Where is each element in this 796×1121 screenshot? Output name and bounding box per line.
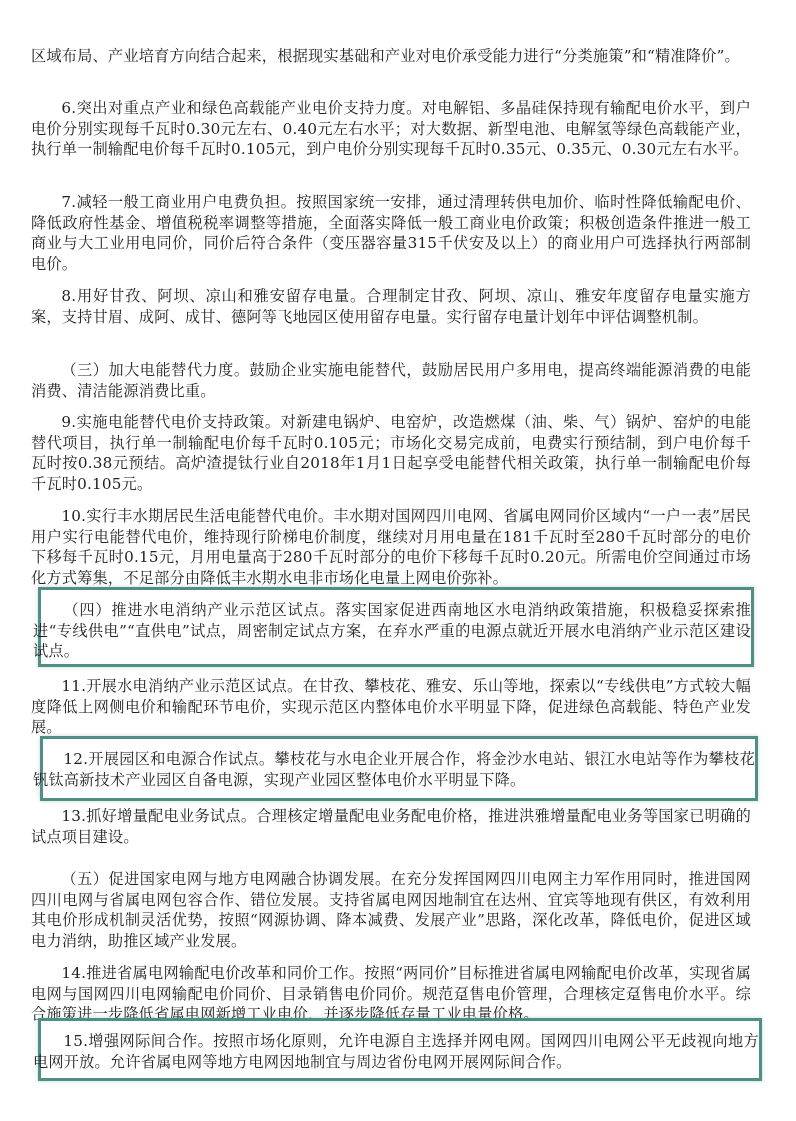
paragraph-item-6: 6.突出对重点产业和绿色高载能产业电价支持力度。对电解铝、多晶硅保持现有输配电价… <box>31 98 751 160</box>
paragraph-item-8: 8.用好甘孜、阿坝、凉山和雅安留存电量。合理制定甘孜、阿坝、凉山、雅安年度留存电… <box>31 286 751 327</box>
highlight-box-section-4: （四）推进水电消纳产业示范区试点。落实国家促进西南地区水电消纳政策措施，积极稳妥… <box>38 587 754 667</box>
highlight-box-item-15: 15.增强网际间合作。按照市场化原则，允许电源自主选择并网电网。国网四川电网公平… <box>38 1018 762 1081</box>
paragraph-item-11: 11.开展水电消纳产业示范区试点。在甘孜、攀枝花、雅安、乐山等地，探索以“专线供… <box>31 676 751 738</box>
paragraph-item-7: 7.减轻一般工商业用户电费负担。按照国家统一安排，通过清理转供电加价、临时性降低… <box>31 192 751 274</box>
paragraph-item-9: 9.实施电能替代电价支持政策。对新建电锅炉、电窑炉，改造燃煤（油、柴、气）锅炉、… <box>31 412 751 494</box>
document-page: 区域布局、产业培育方向结合起来，根据现实基础和产业对电价承受能力进行“分类施策”… <box>0 0 796 1121</box>
highlight-box-item-12: 12.开展园区和电源合作试点。攀枝花与水电企业开展合作，将金沙水电站、银江水电站… <box>40 736 758 801</box>
paragraph-item-10: 10.实行丰水期居民生活电能替代电价。丰水期对国网四川电网、省属电网同价区域内“… <box>31 506 751 588</box>
paragraph-item-14: 14.推进省属电网输配电价改革和同价工作。按照“两同价”目标推进省属电网输配电价… <box>31 963 751 1025</box>
paragraph-continuation: 区域布局、产业培育方向结合起来，根据现实基础和产业对电价承受能力进行“分类施策”… <box>31 46 751 67</box>
paragraph-item-15: 15.增强网际间合作。按照市场化原则，允许电源自主选择并网电网。国网四川电网公平… <box>33 1021 759 1072</box>
section-heading-4: （四）推进水电消纳产业示范区试点。落实国家促进西南地区水电消纳政策措施，积极稳妥… <box>33 590 751 662</box>
section-heading-5: （五）促进国家电网与地方电网融合协调发展。在充分发挥国网四川电网主力军作用同时，… <box>31 869 751 951</box>
section-heading-3: （三）加大电能替代力度。鼓励企业实施电能替代，鼓励居民用户多用电，提高终端能源消… <box>31 360 751 401</box>
paragraph-item-13: 13.抓好增量配电业务试点。合理核定增量配电业务配电价格，推进洪雅增量配电业务等… <box>31 806 751 847</box>
paragraph-item-12: 12.开展园区和电源合作试点。攀枝花与水电企业开展合作，将金沙水电站、银江水电站… <box>33 739 755 790</box>
